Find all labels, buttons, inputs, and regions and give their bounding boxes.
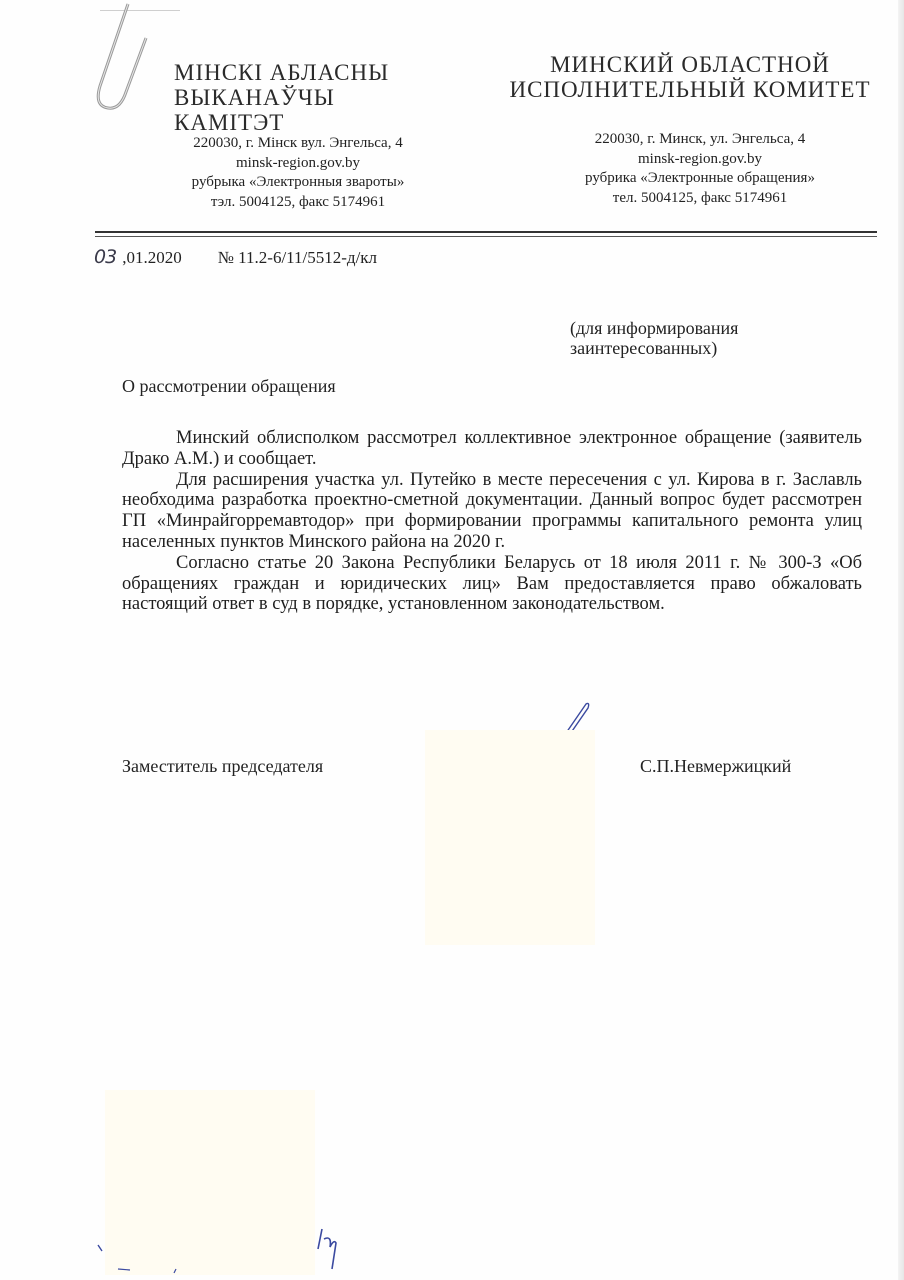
page-edge — [898, 0, 904, 1280]
phone-by: тэл. 5004125, факс 5174961 — [148, 193, 448, 213]
signatory-position: Заместитель председателя — [122, 756, 323, 777]
redacted-stamp-area — [425, 730, 595, 945]
addressee-block: (для информирования заинтересованных) — [570, 318, 738, 358]
org-name-ru-line2: ИСПОЛНИТЕЛЬНЫЙ КОМИТЕТ — [500, 77, 880, 102]
handwritten-fragment-icon — [96, 1225, 356, 1280]
rubric-by: рубрыка «Электронныя звароты» — [148, 173, 448, 193]
handwritten-day: 03 — [94, 246, 116, 268]
reference-line: 03,01.2020№ 11.2-6/11/5512-д/кл — [94, 246, 377, 268]
letterhead-ru: МИНСКИЙ ОБЛАСТНОЙ ИСПОЛНИТЕЛЬНЫЙ КОМИТЕТ — [500, 52, 880, 102]
org-name-by-line2: ВЫКАНАЎЧЫ КАМІТЭТ — [174, 85, 434, 135]
address-ru: 220030, г. Минск, ул. Энгельса, 4 — [540, 130, 860, 150]
addressee-line2: заинтересованных) — [570, 338, 738, 358]
address-block-ru: 220030, г. Минск, ул. Энгельса, 4 minsk-… — [540, 130, 860, 208]
header-divider-thin — [95, 236, 877, 237]
addressee-line1: (для информирования — [570, 318, 738, 338]
rubric-ru: рубрика «Электронные обращения» — [540, 169, 860, 189]
org-name-ru-line1: МИНСКИЙ ОБЛАСТНОЙ — [500, 52, 880, 77]
letterhead-by: МІНСКІ АБЛАСНЫ ВЫКАНАЎЧЫ КАМІТЭТ — [174, 60, 434, 135]
paperclip-icon — [86, 0, 156, 112]
signatory-name: С.П.Невмержицкий — [640, 756, 791, 777]
letter-subject: О рассмотрении обращения — [122, 376, 336, 397]
address-by: 220030, г. Мінск вул. Энгельса, 4 — [148, 134, 448, 154]
website-ru: minsk-region.gov.by — [540, 150, 860, 170]
address-block-by: 220030, г. Мінск вул. Энгельса, 4 minsk-… — [148, 134, 448, 212]
website-by: minsk-region.gov.by — [148, 154, 448, 174]
letter-body: Минский облисполком рассмотрел коллектив… — [122, 428, 862, 615]
reference-number: № 11.2-6/11/5512-д/кл — [218, 248, 377, 267]
header-divider-thick — [95, 231, 877, 233]
body-paragraph-2: Для расширения участка ул. Путейко в мес… — [122, 470, 862, 553]
phone-ru: тел. 5004125, факс 5174961 — [540, 189, 860, 209]
body-paragraph-3: Согласно статье 20 Закона Республики Бел… — [122, 553, 862, 615]
org-name-by-line1: МІНСКІ АБЛАСНЫ — [174, 60, 434, 85]
body-paragraph-1: Минский облисполком рассмотрел коллектив… — [122, 428, 862, 470]
reference-date: ,01.2020 — [122, 248, 182, 267]
